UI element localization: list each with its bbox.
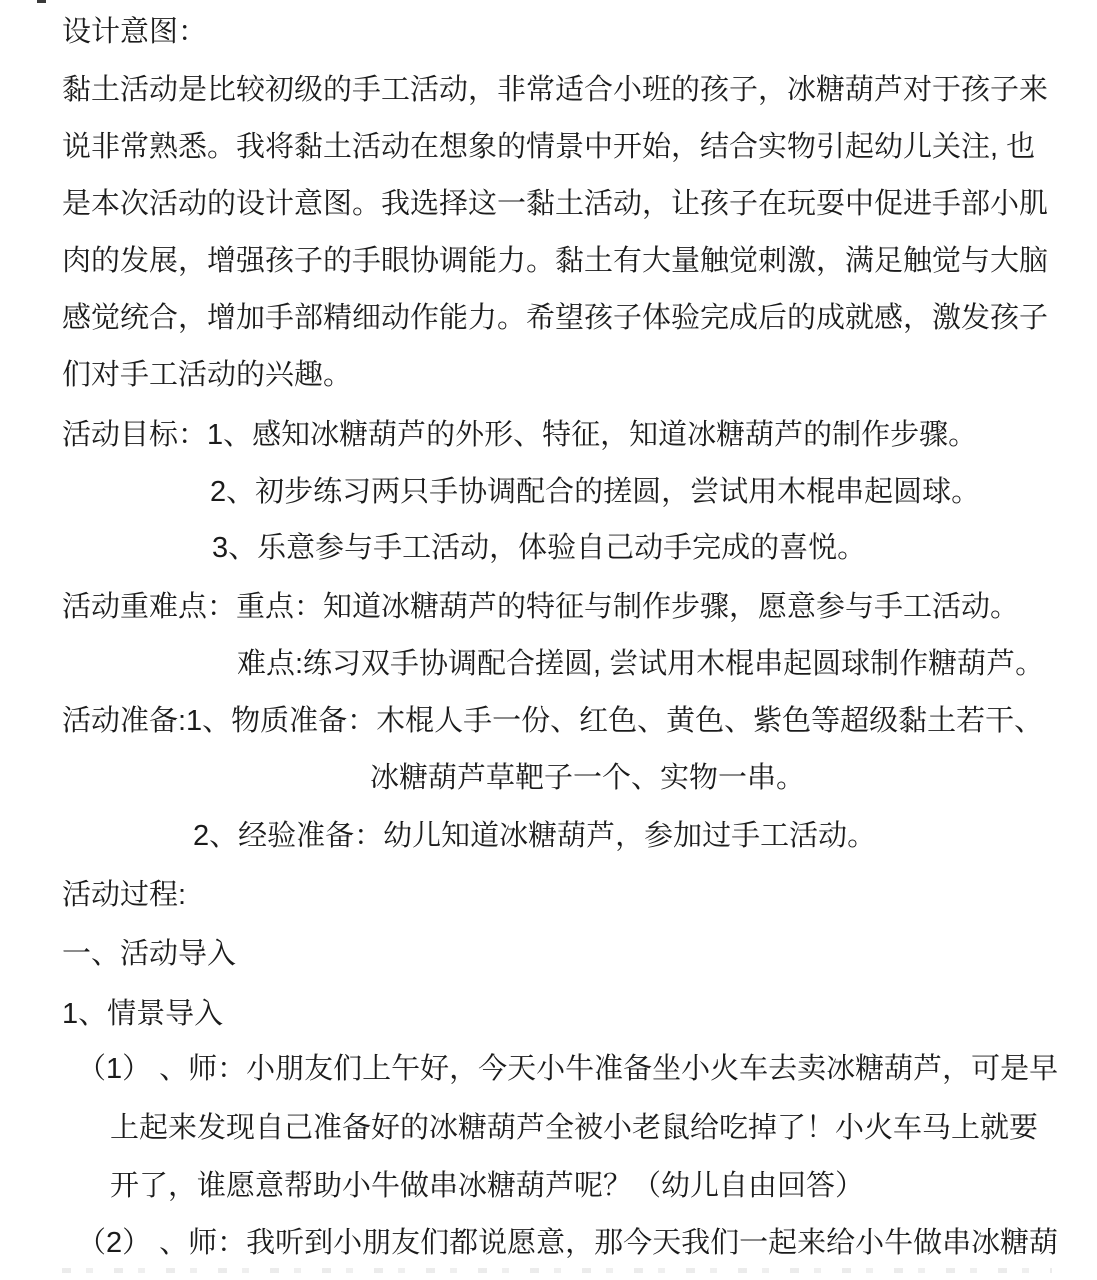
text-line: 感觉统合，增加手部精细动作能力。希望孩子体验完成后的成就感，激发孩子	[62, 302, 1048, 335]
text-line: 2、经验准备：幼儿知道冰糖葫芦，参加过手工活动。	[193, 820, 876, 853]
document-page: 设计意图：黏土活动是比较初级的手工活动，非常适合小班的孩子，冰糖葫芦对于孩子来说…	[0, 0, 1097, 1280]
text-line: 设计意图：	[62, 16, 207, 49]
text-line: 上起来发现自己准备好的冰糖葫芦全被小老鼠给吃掉了！小火车马上就要	[110, 1112, 1038, 1145]
text-line: 肉的发展，增强孩子的手眼协调能力。黏土有大量触觉刺激，满足触觉与大脑	[62, 245, 1048, 278]
text-line: 们对手工活动的兴趣。	[62, 359, 352, 392]
text-line: 开了，谁愿意帮助小牛做串冰糖葫芦呢？（幼儿自由回答）	[110, 1170, 864, 1203]
text-line: 黏土活动是比较初级的手工活动，非常适合小班的孩子，冰糖葫芦对于孩子来	[62, 74, 1048, 107]
cutoff-text-fragment-top	[37, 0, 46, 3]
text-line: 一、活动导入	[62, 938, 236, 971]
text-line: 活动重难点：重点：知道冰糖葫芦的特征与制作步骤，愿意参与手工活动。	[62, 591, 1019, 624]
text-line: （2） 、师：我听到小朋友们都说愿意，那今天我们一起来给小牛做串冰糖葫	[77, 1227, 1058, 1260]
text-line: （1） 、师：小朋友们上午好，今天小牛准备坐小火车去卖冰糖葫芦，可是早	[77, 1053, 1058, 1086]
text-line: 2、初步练习两只手协调配合的搓圆，尝试用木棍串起圆球。	[210, 476, 980, 509]
text-line: 是本次活动的设计意图。我选择这一黏土活动，让孩子在玩耍中促进手部小肌	[62, 188, 1048, 221]
cutoff-text-fragment-bottom	[62, 1268, 1052, 1273]
text-line: 活动过程:	[62, 879, 186, 912]
text-line: 说非常熟悉。我将黏土活动在想象的情景中开始，结合实物引起幼儿关注, 也	[62, 131, 1035, 164]
text-line: 冰糖葫芦草靶子一个、实物一串。	[370, 762, 805, 795]
text-line: 难点:练习双手协调配合搓圆, 尝试用木棍串起圆球制作糖葫芦。	[237, 648, 1044, 681]
text-line: 3、乐意参与手工活动，体验自己动手完成的喜悦。	[212, 532, 866, 565]
text-line: 活动准备:1、物质准备：木棍人手一份、红色、黄色、紫色等超级黏土若干、	[62, 705, 1043, 738]
text-line: 1、情景导入	[62, 998, 223, 1031]
text-line: 活动目标：1、感知冰糖葫芦的外形、特征，知道冰糖葫芦的制作步骤。	[62, 419, 977, 452]
